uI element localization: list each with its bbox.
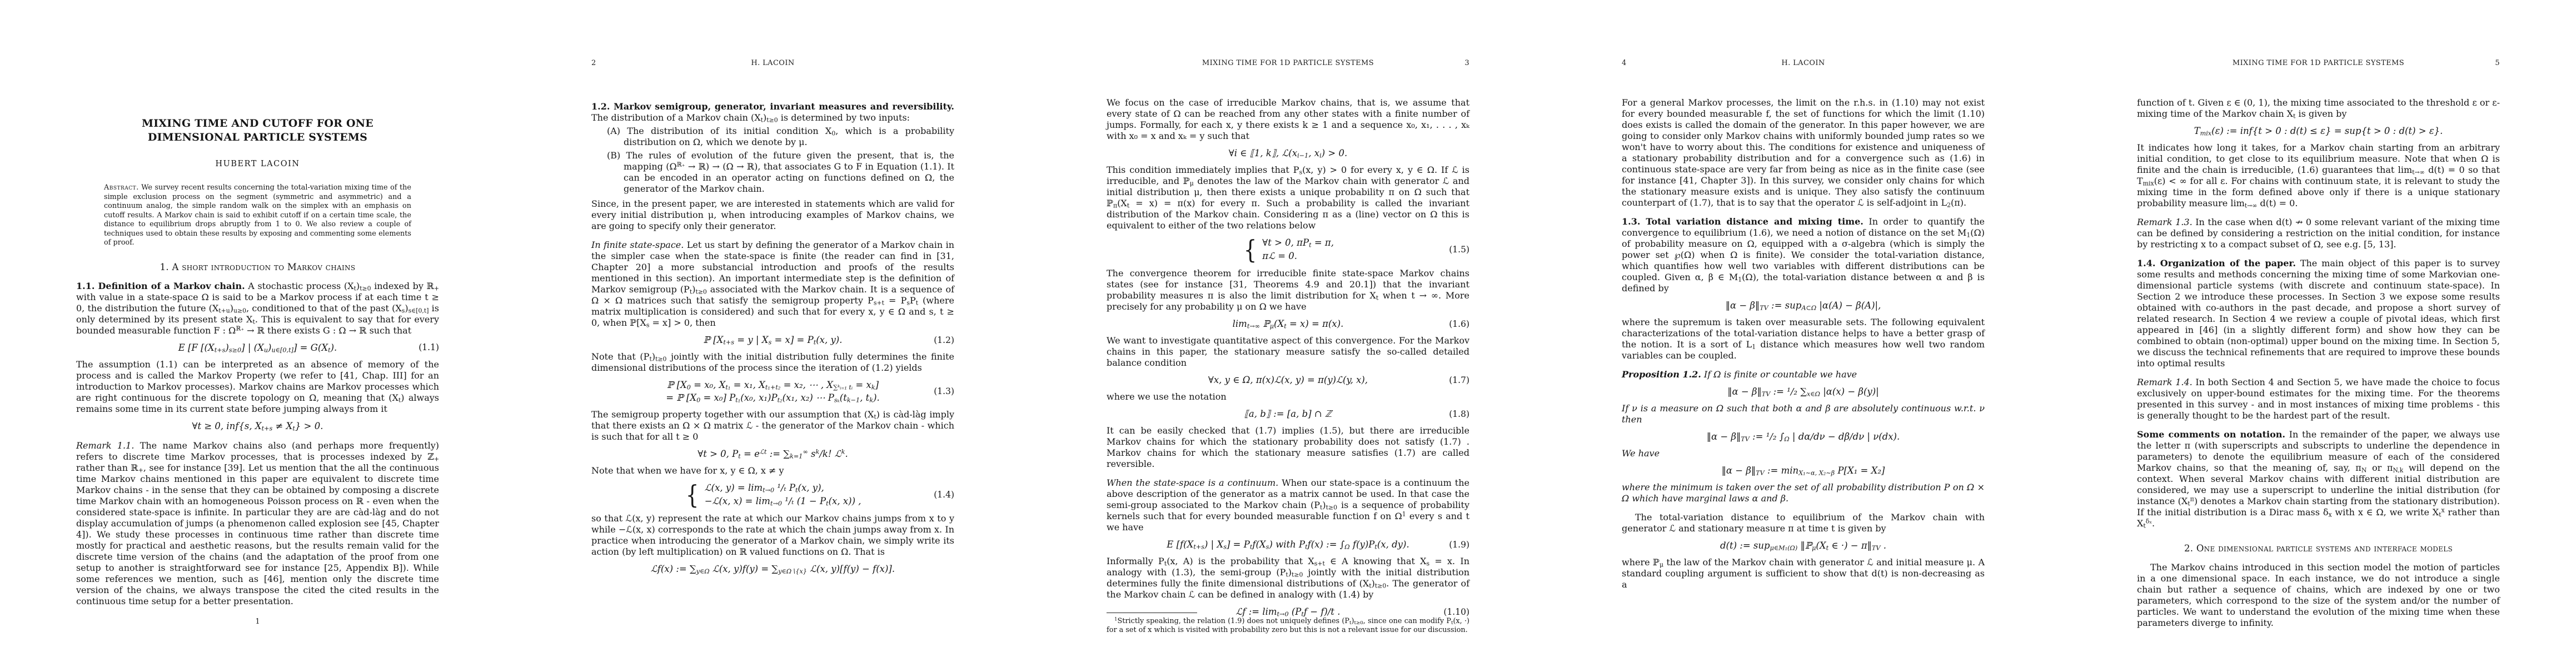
page-3: MIXING TIME FOR 1D PARTICLE SYSTEMS3We f… <box>1030 0 1546 667</box>
list-item: (B) The rules of evolution of the future… <box>591 150 954 195</box>
subscript: u∈[0,t] <box>271 346 293 354</box>
paragraph: The semigroup property together with our… <box>591 409 954 442</box>
paragraph-lead: Remark 1.3. <box>2137 217 2193 227</box>
page-body: For a general Markov processes, the limi… <box>1622 93 1985 667</box>
subscript: s <box>1266 543 1269 550</box>
page-number: 4 <box>1622 59 1627 67</box>
paragraph: 1.4. Organization of the paper. The main… <box>2137 258 2500 369</box>
subscript: t <box>1376 294 1378 301</box>
subscript: t≥0 <box>766 116 778 123</box>
page-5: MIXING TIME FOR 1D PARTICLE SYSTEMS5func… <box>2061 0 2576 667</box>
superscript: k <box>841 448 845 455</box>
page-header: H. LACOIN2 <box>591 59 954 67</box>
subscript: t <box>649 355 651 362</box>
paragraph: The assumption (1.1) can be interpreted … <box>76 359 439 415</box>
subscript: t <box>1250 543 1253 550</box>
equation-number: (1.2) <box>934 335 954 345</box>
page-2: H. LACOIN21.2. Markov semigroup, generat… <box>515 0 1030 667</box>
paragraph-lead: Remark 1.1. <box>76 440 134 451</box>
cases-brace: { <box>1244 243 1257 256</box>
paragraph-lead: Some comments on notation. <box>2137 429 2285 440</box>
subscript: k <box>871 384 875 391</box>
subscript: i−1 <box>1297 152 1308 159</box>
equation-line: −ℒ(x, x) = limt→0 ¹∕ₜ (1 − Pt(x, x)) , <box>705 495 861 508</box>
display-equation: limt→∞ ℙμ(Xt = x) = π(x).(1.6) <box>1107 317 1469 330</box>
subscript: 1 <box>1738 276 1742 283</box>
subscript: t <box>795 486 798 494</box>
subscript: 1 <box>1752 343 1756 350</box>
page-number: 2 <box>591 59 596 67</box>
paragraph: If ν is a measure on Ω such that both α … <box>1622 403 1985 425</box>
paragraph-lead: 1.4. Organization of the paper. <box>2137 258 2296 268</box>
subscript: 0 <box>696 396 700 404</box>
paragraph: When the state-space is a continuum. Whe… <box>1107 477 1469 533</box>
superscript: 1 <box>1402 511 1406 518</box>
superscript: π <box>2190 496 2194 503</box>
subscript: TV <box>1756 469 1765 476</box>
subscript: y∈Ω∖{x} <box>778 568 807 575</box>
display-equation: d(t) := supμ∈M₁(Ω) ‖ℙμ(Xt ∈ ·) − π‖TV . <box>1622 539 1985 552</box>
equation-body: ℙ [X0 = x₀, Xt₁ = x₁, Xt₁+t₂ = x₂, ⋯ , X… <box>591 379 954 404</box>
subscript: t <box>1284 322 1287 330</box>
paragraph: Informally Pt(x, A) is the probability t… <box>1107 556 1469 600</box>
subscript: y∈Ω <box>696 568 710 575</box>
equation-body: d(t) := supμ∈M₁(Ω) ‖ℙμ(Xt ∈ ·) − π‖TV . <box>1622 539 1985 552</box>
running-head: MIXING TIME FOR 1D PARTICLE SYSTEMS <box>1107 59 1469 67</box>
subscript: TV <box>1741 435 1750 442</box>
display-equation: {ℒ(x, y) = limt→0 ¹∕ₜ Pt(x, y),−ℒ(x, x) … <box>591 481 954 508</box>
subscript: Ω <box>1344 543 1349 550</box>
list-item-label: (A) <box>607 126 620 136</box>
subscript: t <box>1374 543 1377 550</box>
equation-line: ∀t > 0, πPt = π, <box>1262 236 1334 250</box>
subscript: t <box>252 318 255 325</box>
equation-body: ℒf(x) := ∑y∈Ω ℒ(x, y)f(y) = ∑y∈Ω∖{x} ℒ(x… <box>591 563 954 575</box>
display-equation: Tmix(ε) := inf{t > 0 : d(t) ≤ ε} = sup{t… <box>2137 125 2500 137</box>
subscript: t <box>292 425 295 432</box>
subscript: t <box>761 116 763 123</box>
subscript: i <box>1319 152 1322 159</box>
subscript: t→∞ <box>2245 202 2258 209</box>
equation-body: ‖α − β‖TV := ¹∕₂ ∫Ω | dα∕dν − dβ∕dν | ν(… <box>1622 430 1985 443</box>
page-4: H. LACOIN4For a general Markov processes… <box>1546 0 2061 667</box>
paragraph: where we use the notation <box>1107 391 1469 402</box>
equation-lines: ∀t > 0, πPt = π,πℒ = 0. <box>1262 236 1334 263</box>
subscript: t <box>1320 504 1322 511</box>
subscript: + <box>434 285 439 292</box>
paragraph: Note that (Pt)t≥0 jointly with the initi… <box>591 351 954 374</box>
running-head: H. LACOIN <box>1622 59 1985 67</box>
paragraph: where the minimum is taken over the set … <box>1622 482 1985 504</box>
paragraph: where ℙμ the law of the Markov chain wit… <box>1622 557 1985 590</box>
subscript: t≥0 <box>695 288 706 295</box>
display-equation: ‖α − β‖TV := minX₁∼α, X₂∼β P[X₁ = X₂] <box>1622 464 1985 477</box>
subscript: t+s <box>1193 543 1204 550</box>
paragraph: The total-variation distance to equilibr… <box>1622 512 1985 534</box>
paragraph: Remark 1.4. In both Section 4 and Sectio… <box>2137 377 2500 421</box>
paragraph: function of t. Given ε ∈ (0, 1), the mix… <box>2137 97 2500 120</box>
page-header: MIXING TIME FOR 1D PARTICLE SYSTEMS5 <box>2137 59 2500 67</box>
subscript: N <box>2361 466 2367 474</box>
subscript: t <box>1285 571 1288 578</box>
subscript: N,k <box>2393 466 2403 474</box>
page-1: MIXING TIME AND CUTOFF FOR ONE DIMENSION… <box>0 0 515 667</box>
subscript: k=1 <box>790 452 803 460</box>
equation-line: = ℙ [X0 = x₀] Pt₁(x₀, x₁)Pt₂(x₁, x₂) ⋯ P… <box>591 391 954 404</box>
subscript: t→0 <box>770 500 782 507</box>
subscript: t <box>814 339 816 346</box>
subscript: s+t <box>874 299 884 306</box>
equation-body: ‖α − β‖TV := supA⊂Ω |α(A) − β(A)|, <box>1622 299 1985 312</box>
subscript: x∈Ω <box>1807 390 1820 397</box>
subscript: s <box>768 339 771 346</box>
paragraph-lead: When the state-space is a continuum. <box>1107 477 1278 488</box>
paragraph: It can be easily checked that (1.7) impl… <box>1107 425 1469 470</box>
subscript: t <box>1349 620 1352 626</box>
display-equation: ∀t > 0, Pt = eℒt := ∑k=1∞ sk∕k! ℒk. <box>591 447 954 460</box>
page-header: MIXING TIME FOR 1D PARTICLE SYSTEMS3 <box>1107 59 1469 67</box>
subscript: ∑ᵏᵢ₌₁ tᵢ <box>833 384 853 391</box>
subscript: TV <box>1762 390 1771 397</box>
equation-body: ∀t ≥ 0, inf{s, Xt+s ≠ Xt} > 0. <box>76 420 439 432</box>
equation-body: E [F [(Xt+s)s≥0] | (Xu)u∈[0,t]] = G(Xt). <box>76 341 439 354</box>
equation-number: (1.7) <box>1449 375 1469 385</box>
paragraph-lead: Remark 1.4. <box>2137 377 2193 387</box>
subscript: x <box>2328 511 2331 518</box>
subscript: μ <box>1660 561 1663 568</box>
subscript: t <box>2293 112 2295 120</box>
superscript: ℒt <box>760 448 767 455</box>
equation-body: ∀x, y ∈ Ω, π(x)ℒ(x, y) = π(y)ℒ(y, x), <box>1107 374 1469 386</box>
display-equation: ‖α − β‖TV := ¹∕₂ ∫Ω | dα∕dν − dβ∕dν | ν(… <box>1622 430 1985 443</box>
equation-body: E [f(Xt+s) | Xs] = Ptf(Xs) with Ptf(x) :… <box>1107 538 1469 551</box>
subscript: k−1 <box>847 396 860 404</box>
section-heading: 2. One dimensional particle systems and … <box>2137 543 2500 554</box>
display-equation: ℙ [Xt+s = y | Xs = x] = Pt(x, y).(1.2) <box>591 333 954 346</box>
subscript: t→∞ <box>2412 168 2425 176</box>
running-head: H. LACOIN <box>591 59 954 67</box>
display-equation: ∀x, y ∈ Ω, π(x)ℒ(x, y) = π(y)ℒ(y, x),(1.… <box>1107 374 1469 386</box>
paragraph-lead: Proposition 1.2. <box>1622 369 1701 380</box>
paragraph: The Markov chains introduced in this sec… <box>2137 562 2500 629</box>
equation-body: ‖α − β‖TV := minX₁∼α, X₂∼β P[X₁ = X₂] <box>1622 464 1985 477</box>
equation-body: {∀t > 0, πPt = π,πℒ = 0. <box>1107 236 1469 263</box>
superscript: ℝ₊ <box>677 161 685 168</box>
page-body: We focus on the case of irreducible Mark… <box>1107 93 1469 667</box>
display-equation: E [f(Xt+s) | Xs] = Ptf(Xs) with Ptf(x) :… <box>1107 538 1469 551</box>
equation-number: (1.1) <box>418 342 439 352</box>
subscript: t <box>874 413 876 420</box>
subscript: s+t <box>1314 560 1325 567</box>
subscript: s <box>1427 560 1430 567</box>
paragraph: Since, in the present paper, we are inte… <box>591 198 954 232</box>
subscript: t≥0 <box>1375 582 1386 589</box>
subscript: TV <box>1760 304 1768 311</box>
subscript: t <box>826 500 829 507</box>
subscript: t <box>1127 202 1129 209</box>
paragraph: Note that when we have for x, y ∈ Ω, x ≠… <box>591 465 954 476</box>
subscript: t≥0 <box>360 285 371 292</box>
display-equation: ‖α − β‖TV := ¹∕₂ ∑x∈Ω |α(x) − β(y)| <box>1622 385 1985 398</box>
equation-number: (1.3) <box>934 386 954 396</box>
cases-brace: { <box>686 489 699 501</box>
subscript: t₁ <box>725 384 730 391</box>
subscript: t+s <box>723 339 734 346</box>
subscript: t+s <box>262 425 273 432</box>
page-number: 5 <box>2495 59 2500 67</box>
subscript: t→∞ <box>1247 322 1260 330</box>
subscript: Ω <box>1784 435 1789 442</box>
equation-lines: ℒ(x, y) = limt→0 ¹∕ₜ Pt(x, y),−ℒ(x, x) =… <box>705 481 861 508</box>
equation-line: πℒ = 0. <box>1262 250 1334 263</box>
abstract: Abstract. We survey recent results conce… <box>104 183 411 248</box>
paragraph: We focus on the case of irreducible Mark… <box>1107 97 1469 142</box>
equation-number: (1.6) <box>1449 319 1469 329</box>
paragraph: It indicates how long it takes, for a Ma… <box>2137 142 2500 209</box>
subscript: π <box>1113 202 1117 209</box>
paragraph: For a general Markov processes, the limi… <box>1622 97 1985 208</box>
equation-body: ‖α − β‖TV := ¹∕₂ ∑x∈Ω |α(x) − β(y)| <box>1622 385 1985 398</box>
subscript: t≥0 <box>655 355 666 362</box>
subscript: s <box>1223 543 1227 550</box>
paragraph: The convergence theorem for irreducible … <box>1107 268 1469 312</box>
subscript: t₁+t₂ <box>765 384 780 391</box>
page-number: 3 <box>1464 59 1469 67</box>
equation-number: (1.5) <box>1449 245 1469 255</box>
page-header: H. LACOIN4 <box>1622 59 1985 67</box>
subscript: t <box>738 452 741 460</box>
paragraph: Remark 1.1. The name Markov chains also … <box>76 440 439 607</box>
subscript: mix <box>2200 130 2212 137</box>
subscript: u≥0 <box>233 307 246 314</box>
footer-page-number: 1 <box>76 618 439 626</box>
subscript: t <box>690 288 692 295</box>
subscript: t <box>1309 241 1312 248</box>
paragraph: 1.2. Markov semigroup, generator, invari… <box>591 101 954 123</box>
page-body: MIXING TIME AND CUTOFF FOR ONE DIMENSION… <box>76 117 439 667</box>
paragraph: Remark 1.3. In the case when d(t) ↛ 0 so… <box>2137 217 2500 250</box>
running-head: MIXING TIME FOR 1D PARTICLE SYSTEMS <box>2137 59 2500 67</box>
equation-line: ℒ(x, y) = limt→0 ¹∕ₜ Pt(x, y), <box>705 481 861 495</box>
subscript: + <box>138 466 143 474</box>
subscript: X₁∼α, X₂∼β <box>1798 469 1835 476</box>
subscript: t <box>1451 620 1453 626</box>
subscript: t+u <box>218 307 230 314</box>
subscript: t→0 <box>763 486 774 494</box>
subscript: μ <box>1190 180 1194 187</box>
equation-body: ⟦a, b⟧ := [a, b] ∩ ℤ <box>1107 407 1469 420</box>
subscript: s <box>402 307 405 314</box>
equation-number: (1.4) <box>934 490 954 500</box>
display-equation: ℙ [X0 = x₀, Xt₁ = x₁, Xt₁+t₂ = x₂, ⋯ , X… <box>591 379 954 404</box>
superscript: δₓ <box>2146 518 2152 525</box>
display-equation: ℒf(x) := ∑y∈Ω ℒ(x, y)f(y) = ∑y∈Ω∖{x} ℒ(x… <box>591 563 954 575</box>
subscript: s <box>646 321 650 328</box>
subscript: s <box>1299 168 1303 176</box>
paragraph-lead: 1.3. Total variation distance and mixing… <box>1622 216 1864 227</box>
equation-body: ℙ [Xt+s = y | Xs = x] = Pt(x, y). <box>591 333 954 346</box>
subscript: 0 <box>687 384 691 391</box>
paragraph: so that ℒ(x, y) represent the rate at wh… <box>591 513 954 558</box>
paragraph: We want to investigate quantitative aspe… <box>1107 335 1469 369</box>
page-body: 1.2. Markov semigroup, generator, invari… <box>591 93 954 667</box>
paragraph: where the supremum is taken over measura… <box>1622 317 1985 361</box>
display-equation: {∀t > 0, πPt = π,πℒ = 0.(1.5) <box>1107 236 1469 263</box>
subscript: sₖ <box>834 396 840 404</box>
subscript: A⊂Ω <box>1801 304 1816 311</box>
superscript: k <box>816 448 820 455</box>
paragraph: 1.3. Total variation distance and mixing… <box>1622 216 1985 294</box>
subscript: s∈[0,t] <box>408 307 429 314</box>
paragraph-lead: 1.1. Definition of a Markov chain. <box>76 281 245 291</box>
section-heading: 1. A short introduction to Markov chains <box>76 262 439 272</box>
superscript: ℝ₊ <box>236 325 244 332</box>
paragraph: In finite state-space. Let us start by d… <box>591 240 954 328</box>
subscript: t₂ <box>778 396 783 404</box>
equation-body: limt→∞ ℙμ(Xt = x) = π(x). <box>1107 317 1469 330</box>
subscript: 1 <box>1966 231 1970 238</box>
paragraph-lead: In finite state-space. <box>591 240 684 250</box>
subscript: t <box>354 285 356 292</box>
equation-body: ∀i ∈ ⟦1, k⟧, ℒ(xi−1, xi) > 0. <box>1107 147 1469 160</box>
footnote-block: 1Strictly speaking, the relation (1.9) d… <box>1107 613 1469 635</box>
footnote-rule <box>1107 613 1197 613</box>
subscript: t <box>916 299 918 306</box>
display-equation: ⟦a, b⟧ := [a, b] ∩ ℤ(1.8) <box>1107 407 1469 420</box>
subscript: mix <box>2143 180 2154 187</box>
list-item: (A) The distribution of its initial cond… <box>591 126 954 148</box>
subscript: t <box>1826 544 1829 551</box>
equation-body: {ℒ(x, y) = limt→0 ¹∕ₜ Pt(x, y),−ℒ(x, x) … <box>591 481 954 508</box>
superscript: ∞ <box>803 448 808 455</box>
equation-line: ℙ [X0 = x₀, Xt₁ = x₁, Xt₁+t₂ = x₂, ⋯ , X… <box>591 379 954 391</box>
subscript: t≥0 <box>1326 504 1337 511</box>
subscript: + <box>434 455 439 462</box>
subscript: t₁ <box>735 396 740 404</box>
superscript: 1 <box>1114 617 1118 623</box>
paragraph-lead: 1.2. Markov semigroup, generator, invari… <box>591 101 954 112</box>
subscript: k <box>869 396 873 404</box>
display-equation: ‖α − β‖TV := supA⊂Ω |α(A) − β(A)|, <box>1622 299 1985 312</box>
paper-title: MIXING TIME AND CUTOFF FOR ONE DIMENSION… <box>108 117 408 145</box>
author-name: HUBERT LACOIN <box>76 160 439 168</box>
subscript: t≥0 <box>1354 620 1363 626</box>
equation-number: (1.9) <box>1449 540 1469 550</box>
subscript: TV <box>1872 544 1881 551</box>
subscript: 0 <box>831 130 835 137</box>
display-equation: ∀t ≥ 0, inf{s, Xt+s ≠ Xt} > 0. <box>76 420 439 432</box>
abstract-label: Abstract. <box>104 183 139 192</box>
paragraph: Proposition 1.2. If Ω is finite or count… <box>1622 369 1985 380</box>
paragraph: This condition immediately implies that … <box>1107 165 1469 231</box>
subscript: t+s <box>215 346 226 354</box>
subscript: μ <box>1812 544 1816 551</box>
subscript: μ∈M₁(Ω) <box>1770 544 1798 551</box>
document-canvas: arXiv:2111.06436v1 [math.PR] 11 Nov 2021… <box>0 0 2576 667</box>
subscript: u <box>264 346 268 354</box>
subscript: t <box>1164 560 1167 567</box>
display-equation: ∀i ∈ ⟦1, k⟧, ℒ(xi−1, xi) > 0. <box>1107 147 1469 160</box>
list-item-label: (B) <box>607 150 620 161</box>
subscript: s≥0 <box>229 346 241 354</box>
subscript: s <box>906 299 910 306</box>
superscript: x <box>2442 507 2445 514</box>
paragraph: We have <box>1622 448 1985 459</box>
subscript: t <box>1369 582 1371 589</box>
equation-body: ∀t > 0, Pt = eℒt := ∑k=1∞ sk∕k! ℒk. <box>591 447 954 460</box>
subscript: t <box>1305 543 1308 550</box>
display-equation: E [F [(Xt+s)s≥0] | (Xu)u∈[0,t]] = G(Xt).… <box>76 341 439 354</box>
paragraph: 1.1. Definition of a Markov chain. A sto… <box>76 281 439 336</box>
paragraph: Some comments on notation. In the remain… <box>2137 429 2500 529</box>
subscript: t <box>328 346 331 354</box>
subscript: t≥0 <box>1292 571 1303 578</box>
subscript: t <box>398 396 401 404</box>
page-body: function of t. Given ε ∈ (0, 1), the mix… <box>2137 93 2500 667</box>
subscript: 2 <box>1947 201 1951 208</box>
equation-body: Tmix(ε) := inf{t > 0 : d(t) ≤ ε} = sup{t… <box>2137 125 2500 137</box>
footnote-text: 1Strictly speaking, the relation (1.9) d… <box>1107 617 1469 635</box>
equation-number: (1.8) <box>1449 409 1469 419</box>
subscript: μ <box>1270 322 1274 330</box>
